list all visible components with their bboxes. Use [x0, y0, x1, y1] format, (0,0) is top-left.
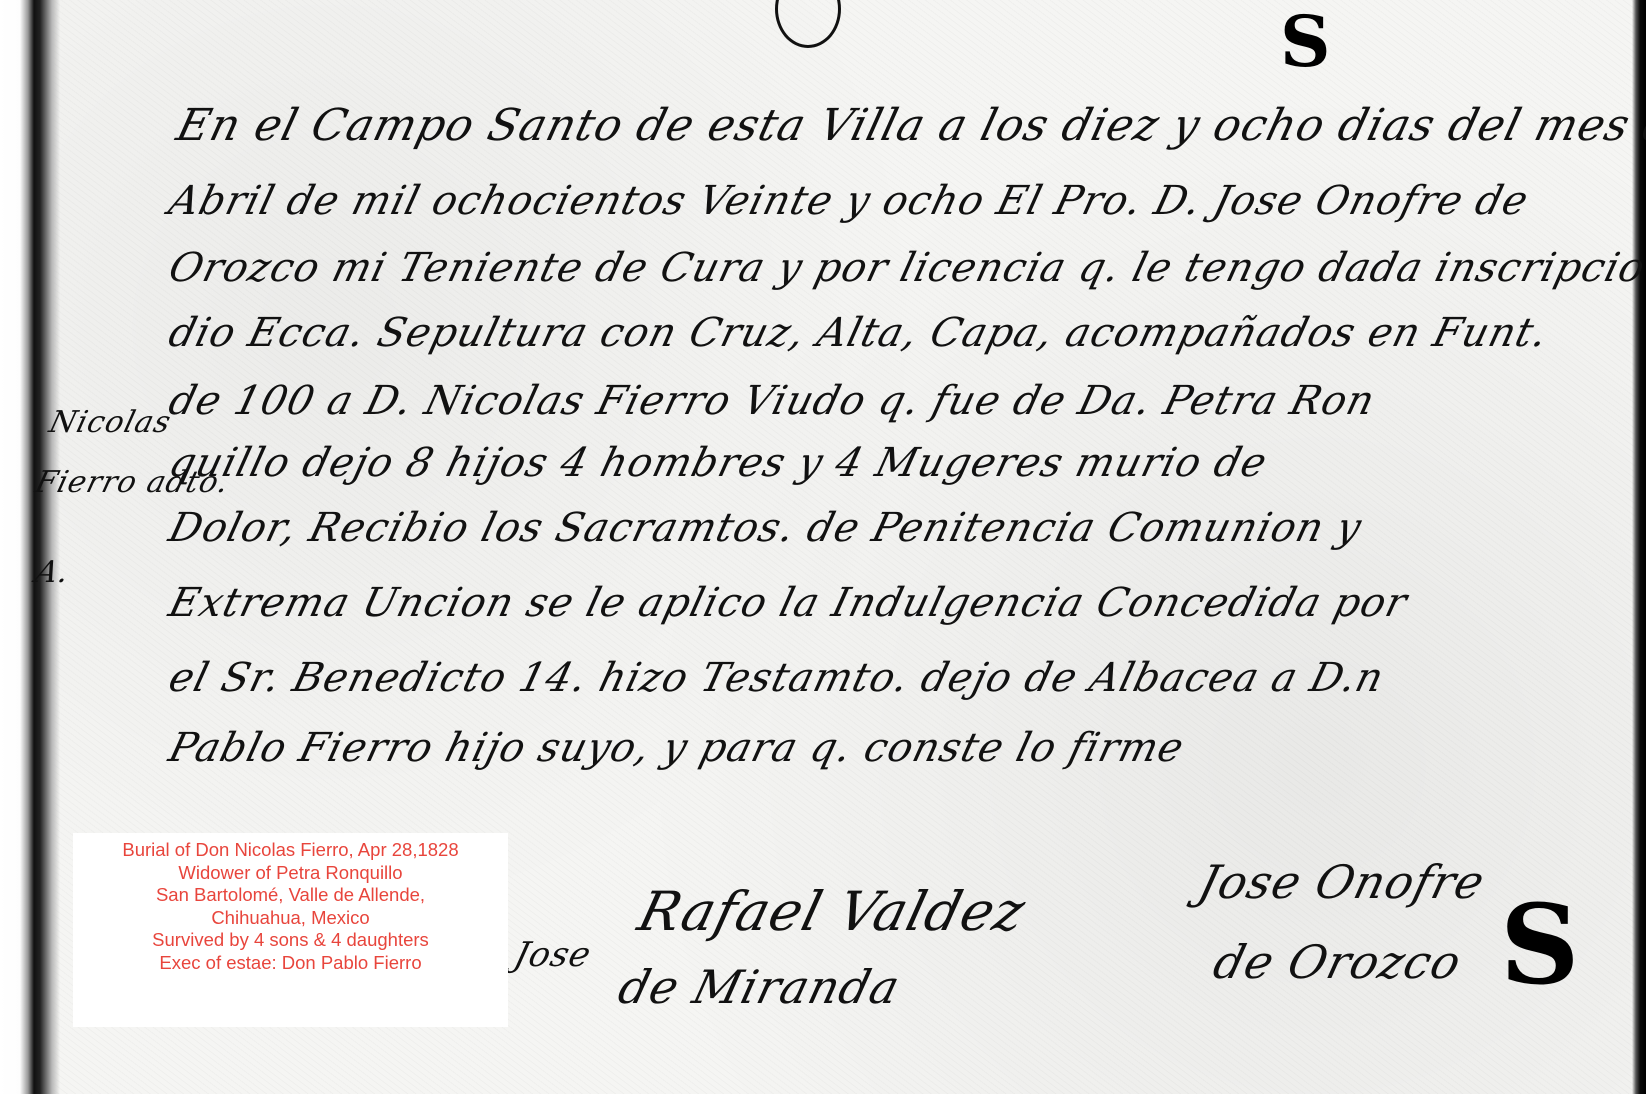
manuscript-line-4: dio Ecca. Sepultura con Cruz, Alta, Capa…	[164, 310, 1553, 356]
manuscript-line-8: Extrema Uncion se le aplico la Indulgenc…	[164, 580, 1412, 626]
manuscript-line-2: Abril de mil ochocientos Veinte y ocho E…	[164, 178, 1533, 224]
manuscript-line-1: En el Campo Santo de esta Villa a los di…	[172, 100, 1646, 151]
manuscript-line-7: Dolor, Recibio los Sacramtos. de Peniten…	[164, 505, 1366, 551]
page-edge-shadow	[1632, 0, 1646, 1094]
margin-note-line-1: Nicolas	[46, 405, 175, 440]
page-number-circle	[775, 0, 841, 48]
manuscript-page: S En el Campo Santo de esta Villa a los …	[0, 0, 1646, 1094]
manuscript-line-10: Pablo Fierro hijo suyo, y para q. conste…	[164, 725, 1189, 771]
signature-prefix: Jose	[510, 935, 596, 975]
signature-left-line-2: de Miranda	[613, 960, 905, 1014]
signature-rubric-flourish: S	[1500, 880, 1579, 1009]
manuscript-line-6: quillo dejo 8 hijos 4 hombres y 4 Mugere…	[164, 440, 1272, 486]
manuscript-line-3: Orozco mi Teniente de Cura y por licenci…	[164, 245, 1646, 291]
corner-rubric-flourish: S	[1280, 0, 1331, 83]
annotation-executor: Exec of estae: Don Pablo Fierro	[159, 952, 421, 975]
manuscript-line-5: de 100 a D. Nicolas Fierro Viudo q. fue …	[164, 378, 1380, 424]
annotation-spouse: Widower of Petra Ronquillo	[178, 862, 402, 885]
annotation-place-2: Chihuahua, Mexico	[211, 907, 369, 930]
annotation-box: Burial of Don Nicolas Fierro, Apr 28,182…	[73, 833, 508, 1027]
signature-right-line-2: de Orozco	[1208, 935, 1467, 989]
annotation-place-1: San Bartolomé, Valle de Allende,	[156, 884, 425, 907]
margin-note-line-3: A.	[32, 555, 74, 590]
signature-left-line-1: Rafael Valdez	[632, 880, 1032, 943]
annotation-survivors: Survived by 4 sons & 4 daughters	[152, 929, 429, 952]
book-gutter-shadow	[0, 0, 60, 1094]
signature-right-line-1: Jose Onofre	[1193, 855, 1490, 909]
margin-note-line-2: Fierro adto.	[32, 465, 233, 500]
annotation-title: Burial of Don Nicolas Fierro, Apr 28,182…	[122, 839, 458, 862]
manuscript-line-9: el Sr. Benedicto 14. hizo Testamto. dejo…	[164, 655, 1389, 701]
